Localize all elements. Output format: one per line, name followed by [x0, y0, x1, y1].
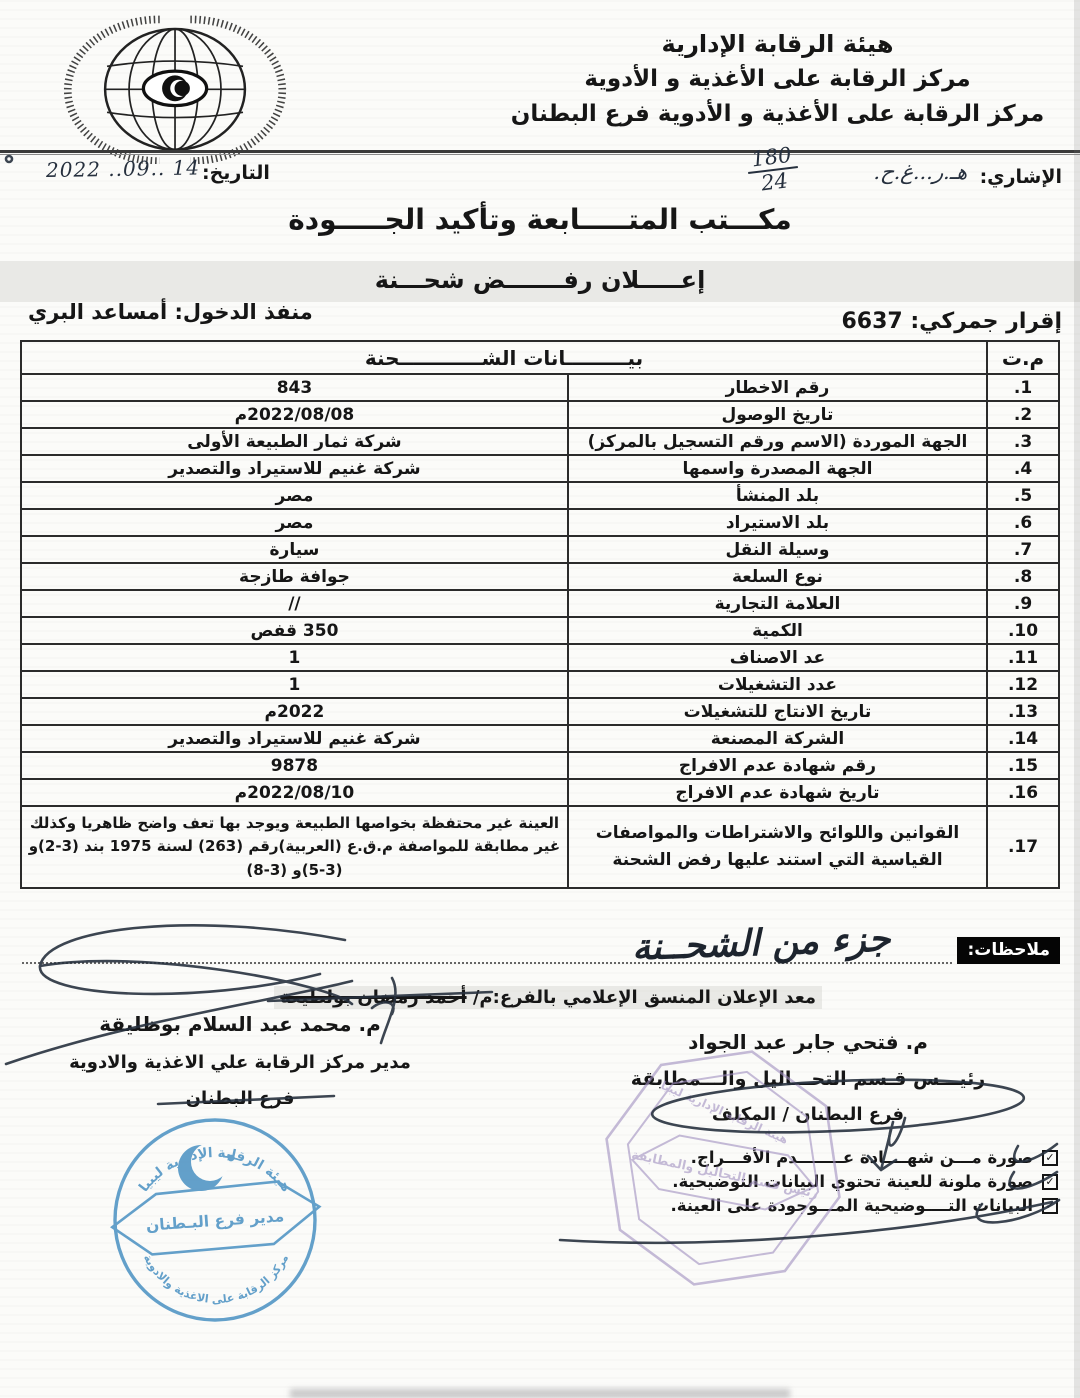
table-row: 11. عد الاصناف 1: [21, 644, 1059, 671]
table-row: 4. الجهة المصدرة واسمها شركة غنيم للاستي…: [21, 455, 1059, 482]
table-row: 8. نوع السلعة جوافة طازجة: [21, 563, 1059, 590]
field-value-cell: سيارة: [21, 536, 568, 563]
table-row: 17. القوانين واللوائح والاشتراطات والموا…: [21, 806, 1059, 888]
table-row: 1. رقم الاخطار 843: [21, 374, 1059, 401]
organization-logo: [58, 6, 293, 164]
checkbox-icon: ✓: [1042, 1174, 1058, 1190]
field-value-cell: //: [21, 590, 568, 617]
field-label-cell: تاريخ شهادة عدم الافراج: [568, 779, 987, 806]
field-label-cell: الجهة الموردة (الاسم ورقم التسجيل بالمرك…: [568, 428, 987, 455]
customs-declaration-number: 6637: [841, 309, 902, 334]
data-column-header: بيـــــــــانات الشــــــــــــحنة: [21, 341, 987, 374]
field-value-cell: 2022م: [21, 698, 568, 725]
prepared-by-name: أحمد رمضان بولطيعة: [280, 987, 466, 1008]
reference-fraction: 180 24: [745, 143, 801, 197]
field-value-cell: 843: [21, 374, 568, 401]
org-name-line2: مركز الرقابة على الأغذية و الأدوية: [490, 62, 1065, 97]
entry-point-line: منفذ الدخول: أمساعد البري: [28, 300, 313, 324]
analysis-head-title: رئيـــس قـسم التحـــاليل والـــمطابقة: [598, 1068, 1018, 1090]
field-value-cell: 9878: [21, 752, 568, 779]
table-row: 10. الكمية 350 قفص: [21, 617, 1059, 644]
table-row: 3. الجهة الموردة (الاسم ورقم التسجيل بال…: [21, 428, 1059, 455]
analysis-head-name: م. فتحي جابر عبد الجواد: [598, 1030, 1018, 1054]
crescent-icon: [178, 1143, 234, 1191]
attachment-item: ✓ صورة ملونة للعينة تحتوي البيانات التوض…: [518, 1172, 1058, 1191]
signature-block-analysis-head: م. فتحي جابر عبد الجواد رئيـــس قـسم الت…: [598, 1030, 1018, 1125]
stamp-banner-text: مدير فرع البـطنان: [145, 1207, 284, 1235]
row-number-cell: 1.: [987, 374, 1059, 401]
field-value-cell: 2022/08/08م: [21, 401, 568, 428]
row-number-cell: 12.: [987, 671, 1059, 698]
field-label-cell: عدد التشغيلات: [568, 671, 987, 698]
letterhead: هيئة الرقابة الإدارية مركز الرقابة على ا…: [490, 26, 1065, 131]
attachment-item: ✓ البيانات التــــوضيحية المـــوجودة على…: [518, 1196, 1058, 1215]
director-branch: فرع البطنان: [40, 1088, 440, 1109]
row-number-cell: 2.: [987, 401, 1059, 428]
row-number-cell: 4.: [987, 455, 1059, 482]
field-label-cell: تاريخ الانتاج للتشغيلات: [568, 698, 987, 725]
field-value-cell: 350 قفص: [21, 617, 568, 644]
director-name: م. محمد عبد السلام بوظليقة: [40, 1012, 440, 1036]
reference-label: الإشاري:: [980, 166, 1062, 188]
stamp-top-arc-text: هيئة الرقابة الإدارية ليبيا: [136, 1145, 294, 1195]
analysis-head-branch: فرع البطنان / المكلف: [598, 1104, 1018, 1125]
notes-handwritten: جزء من الشحــنة: [631, 918, 891, 969]
attachments-checklist: ✓ صورة مـــن شهــــادة عــــــــدم الأفـ…: [518, 1148, 1058, 1220]
org-name-line1: هيئة الرقابة الإدارية: [490, 26, 1065, 62]
shipment-data-table: م.ت بيـــــــــانات الشــــــــــــحنة 1…: [20, 340, 1060, 889]
attachment-item: ✓ صورة مـــن شهــــادة عــــــــدم الأفـ…: [518, 1148, 1058, 1167]
scan-edge-shadow: [1074, 0, 1080, 1398]
row-number-cell: 13.: [987, 698, 1059, 725]
field-label-cell: نوع السلعة: [568, 563, 987, 590]
field-label-cell: رقم الاخطار: [568, 374, 987, 401]
checkbox-icon: ✓: [1042, 1150, 1058, 1166]
office-title: مكـــتب المتـــــابعة وتأكيد الجـــــودة: [0, 203, 1080, 236]
attachment-label: صورة ملونة للعينة تحتوي البيانات التوضيح…: [672, 1172, 1033, 1191]
row-number-cell: 15.: [987, 752, 1059, 779]
announcement-title: إعـــــلان رفـــــــض شحـــنة: [0, 266, 1080, 294]
field-label-cell: عد الاصناف: [568, 644, 987, 671]
notes-dotted-line: [22, 962, 952, 964]
field-value-cell: مصر: [21, 509, 568, 536]
entry-point-value: أمساعد البري: [28, 300, 167, 324]
field-value-cell: 2022/08/10م: [21, 779, 568, 806]
table-row: 12. عدد التشغيلات 1: [21, 671, 1059, 698]
scanned-document: هيئة الرقابة الإدارية مركز الرقابة على ا…: [0, 0, 1080, 1398]
row-number-cell: 7.: [987, 536, 1059, 563]
branch-director-stamp: هيئة الرقابة الإدارية ليبيا مدير فرع الب…: [88, 1098, 340, 1336]
fraction-denominator: 24: [760, 169, 789, 195]
header-divider: [0, 150, 1080, 155]
checkbox-icon: ✓: [1042, 1198, 1058, 1214]
field-label-cell: رقم شهادة عدم الافراج: [568, 752, 987, 779]
prepared-by-label: معد الإعلان المنسق الإعلامي بالفرع:م/: [473, 987, 816, 1008]
attachment-label: البيانات التــــوضيحية المـــوجودة على ا…: [670, 1196, 1033, 1215]
table-row: 2. تاريخ الوصول 2022/08/08م: [21, 401, 1059, 428]
field-value-cell: العينة غير محتفظة بخواصها الطبيعة ويوجد …: [21, 806, 568, 888]
serial-column-header: م.ت: [987, 341, 1059, 374]
row-number-cell: 9.: [987, 590, 1059, 617]
table-row: 14. الشركة المصنعة شركة غنيم للاستيراد و…: [21, 725, 1059, 752]
date-label: التاريخ:: [202, 162, 270, 184]
eye-icon: [143, 71, 206, 105]
table-row: 5. بلد المنشأ مصر: [21, 482, 1059, 509]
table-row: 6. بلد الاستيراد مصر: [21, 509, 1059, 536]
field-label-cell: القوانين واللوائح والاشتراطات والمواصفات…: [568, 806, 987, 888]
field-value-cell: شركة غنيم للاستيراد والتصدير: [21, 455, 568, 482]
prepared-by-line: معد الإعلان المنسق الإعلامي بالفرع:م/ أح…: [274, 986, 822, 1009]
row-number-cell: 17.: [987, 806, 1059, 888]
field-value-cell: جوافة طازجة: [21, 563, 568, 590]
field-label-cell: وسيلة النقل: [568, 536, 987, 563]
field-value-cell: شركة ثمار الطبيعة الأولى: [21, 428, 568, 455]
signature-block-director: م. محمد عبد السلام بوظليقة مدير مركز الر…: [40, 1012, 440, 1109]
field-label-cell: الجهة المصدرة واسمها: [568, 455, 987, 482]
field-label-cell: بلد المنشأ: [568, 482, 987, 509]
field-value-cell: 1: [21, 644, 568, 671]
field-label-cell: بلد الاستيراد: [568, 509, 987, 536]
attachment-label: صورة مـــن شهــــادة عــــــــدم الأفـــ…: [691, 1148, 1033, 1167]
field-label-cell: الكمية: [568, 617, 987, 644]
table-row: 7. وسيلة النقل سيارة: [21, 536, 1059, 563]
org-name-line3: مركز الرقابة على الأغذية و الأدوية فرع ا…: [490, 97, 1065, 132]
customs-declaration-label: إقرار جمركي:: [910, 309, 1062, 334]
stamp-bottom-arc-text: مركز الرقابة على الاغذية والادوية: [141, 1252, 291, 1306]
stamp-banner-shape: [110, 1179, 322, 1257]
field-label-cell: تاريخ الوصول: [568, 401, 987, 428]
table-row: 15. رقم شهادة عدم الافراج 9878: [21, 752, 1059, 779]
field-value-cell: مصر: [21, 482, 568, 509]
reference-handwritten: هـ.ر...غ.ح.: [873, 160, 969, 184]
row-number-cell: 6.: [987, 509, 1059, 536]
director-title: مدير مركز الرقابة علي الاغذية والادوية: [40, 1052, 440, 1073]
field-label-cell: العلامة التجارية: [568, 590, 987, 617]
row-number-cell: 11.: [987, 644, 1059, 671]
stamp-circle: [115, 1120, 315, 1320]
row-number-cell: 5.: [987, 482, 1059, 509]
scan-artifact: [290, 1389, 790, 1398]
table-header-row: م.ت بيـــــــــانات الشــــــــــــحنة: [21, 341, 1059, 374]
entry-point-label: منفذ الدخول:: [175, 300, 313, 324]
notes-label: ملاحظات:: [957, 937, 1060, 964]
field-value-cell: شركة غنيم للاستيراد والتصدير: [21, 725, 568, 752]
table-row: 13. تاريخ الانتاج للتشغيلات 2022م: [21, 698, 1059, 725]
table-row: 16. تاريخ شهادة عدم الافراج 2022/08/10م: [21, 779, 1059, 806]
row-number-cell: 14.: [987, 725, 1059, 752]
customs-declaration-line: إقرار جمركي: 6637: [841, 309, 1062, 334]
row-number-cell: 16.: [987, 779, 1059, 806]
field-label-cell: الشركة المصنعة: [568, 725, 987, 752]
field-value-cell: 1: [21, 671, 568, 698]
row-number-cell: 10.: [987, 617, 1059, 644]
date-handwritten: 14 ..09.. 2022: [12, 155, 200, 182]
row-number-cell: 8.: [987, 563, 1059, 590]
table-row: 9. العلامة التجارية //: [21, 590, 1059, 617]
row-number-cell: 3.: [987, 428, 1059, 455]
